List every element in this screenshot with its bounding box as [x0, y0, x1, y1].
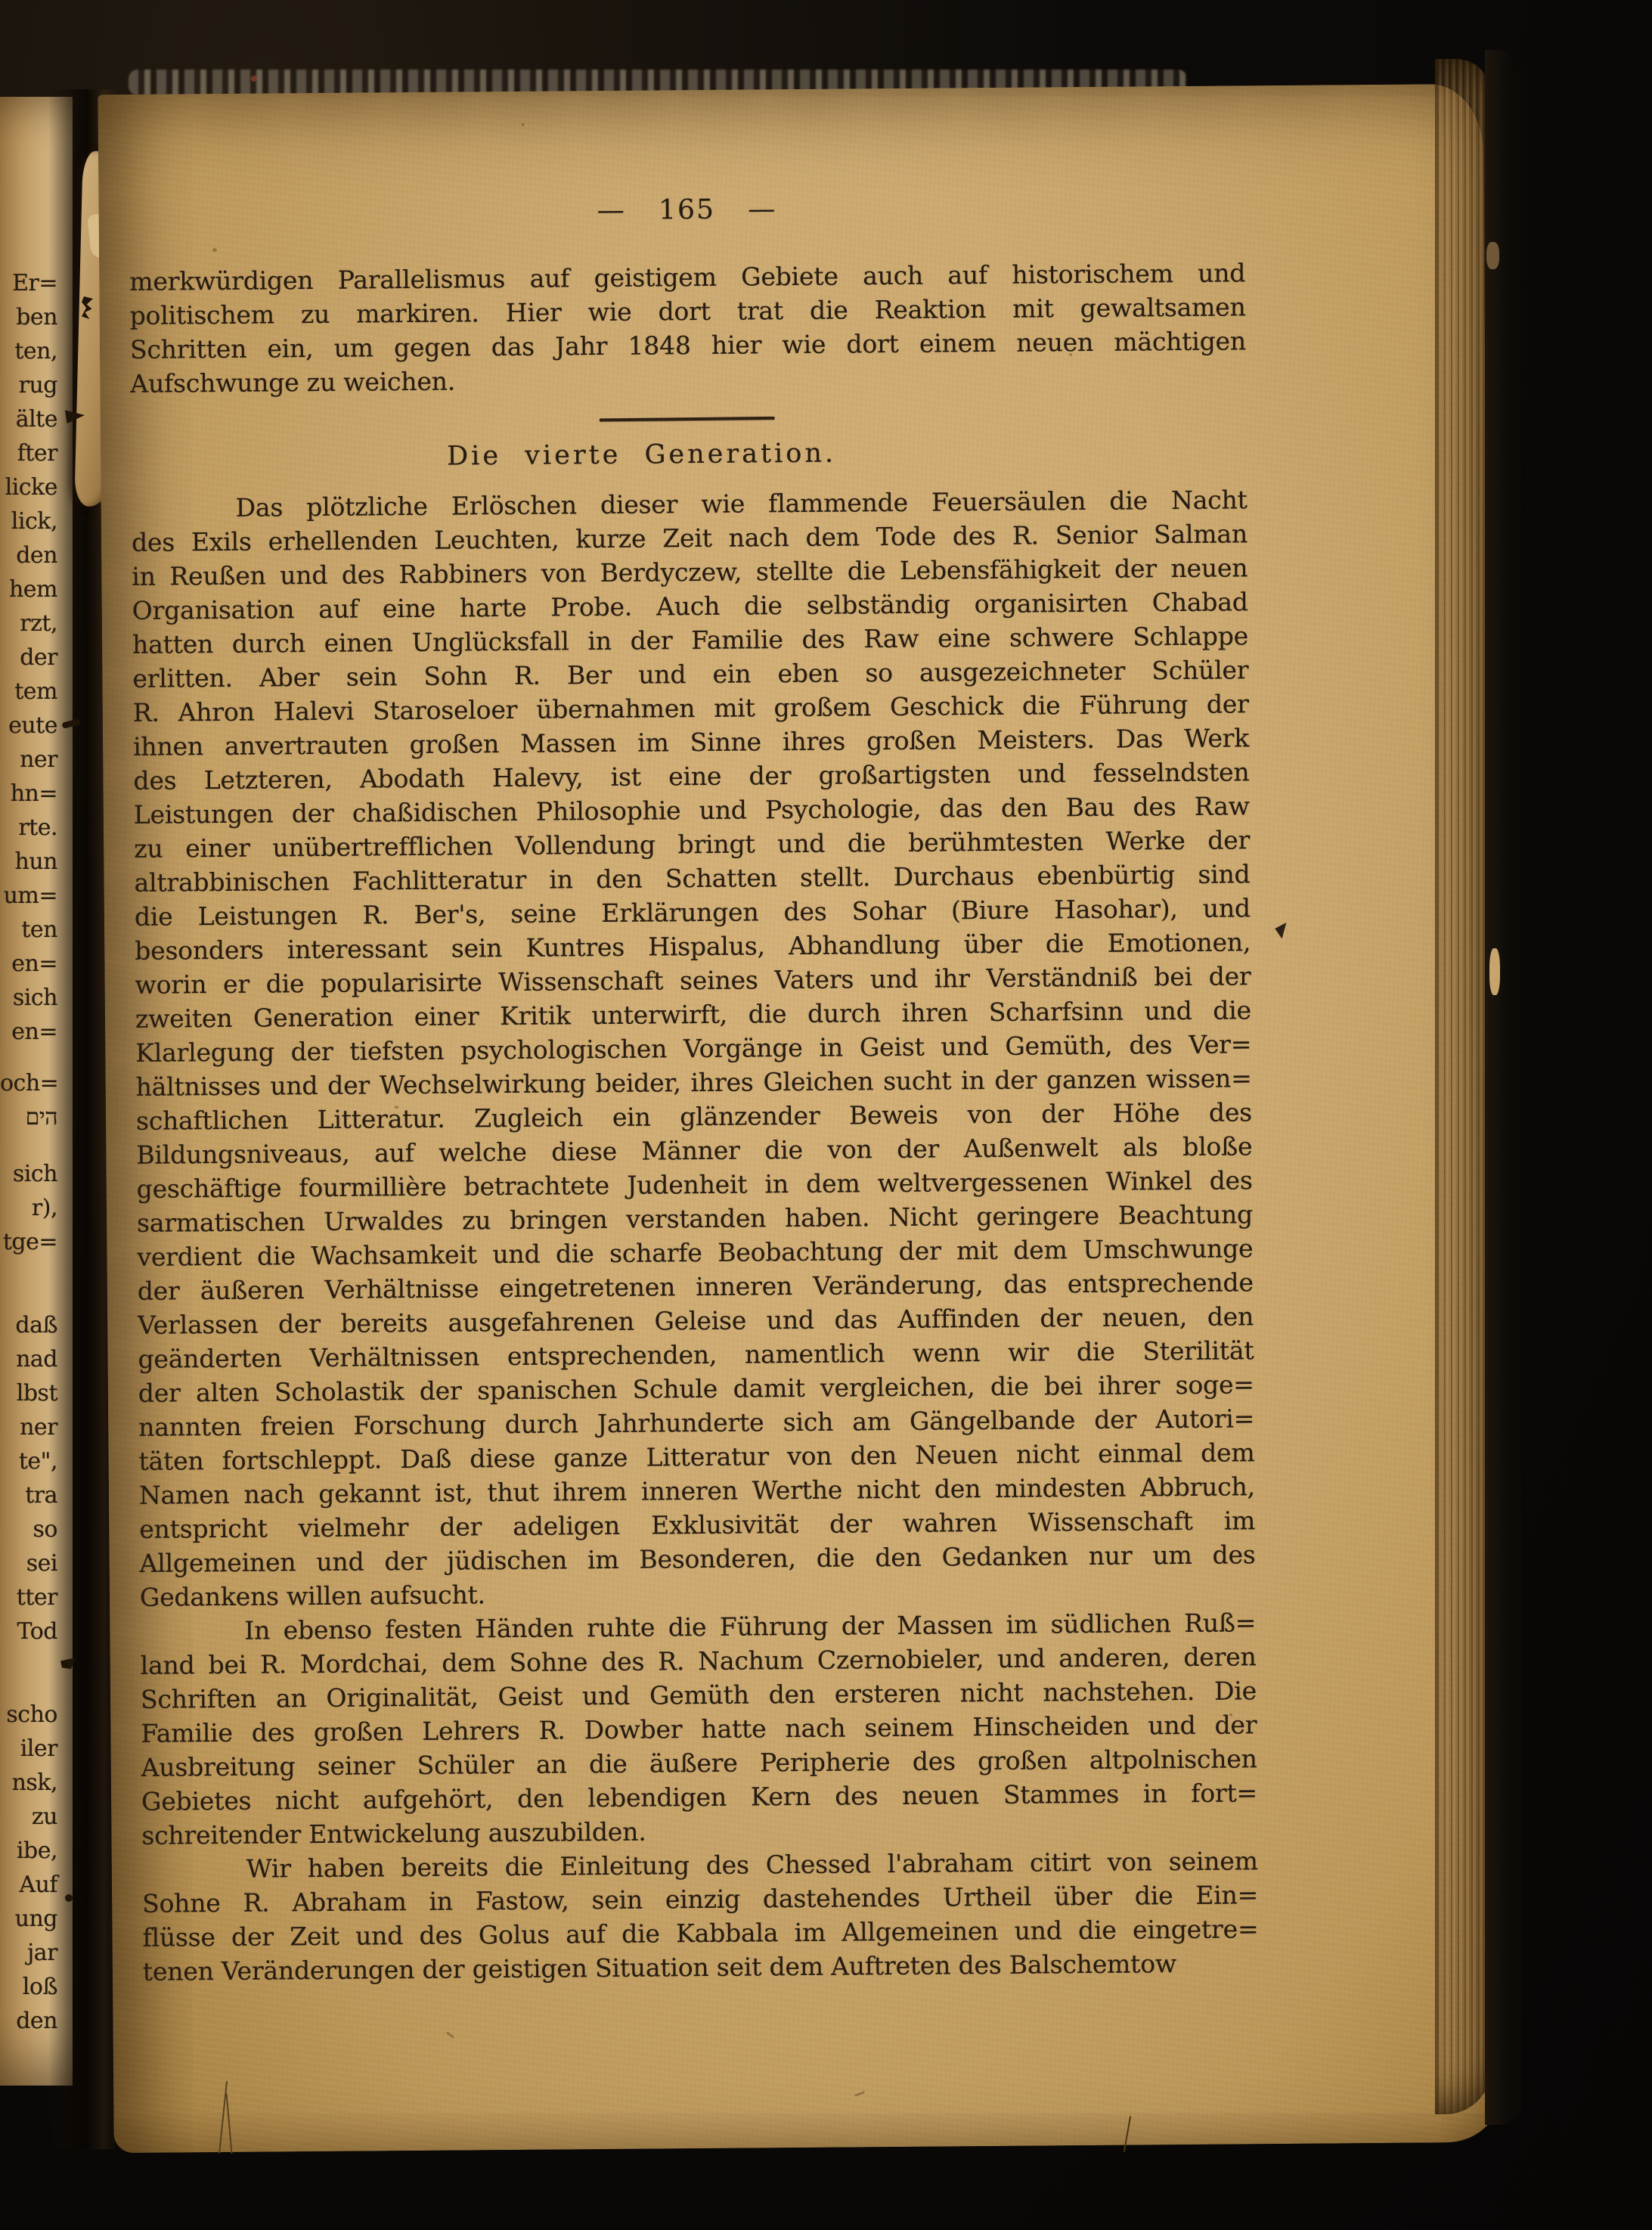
- page-number: — 165 —: [129, 190, 1244, 230]
- paper-speck: [984, 1251, 987, 1254]
- cover-chip: [1486, 242, 1499, 269]
- heading-gap: [131, 392, 1248, 492]
- ink-smudge: [65, 1894, 73, 1902]
- scanned-book-photo: Er=benten,rugältefterlickelick,denhemrzt…: [0, 0, 1652, 2230]
- paper-fiber: [446, 2031, 454, 2039]
- paper-speck: [680, 666, 683, 669]
- book-page: — 165 — Die vierte Generation. merkwürdi…: [98, 84, 1499, 2153]
- book-cover-edge: [1485, 50, 1521, 2125]
- paper-speck: [1229, 1714, 1232, 1717]
- headband-fleck: [251, 76, 257, 82]
- paper-speck: [522, 123, 525, 126]
- cover-chip: [1489, 948, 1500, 995]
- paper-speck: [1069, 353, 1072, 356]
- ink-mark: [1274, 921, 1287, 939]
- paper-fiber: [854, 2091, 865, 2097]
- paper-speck: [581, 1862, 584, 1865]
- page-stack-edge: [1435, 59, 1491, 2114]
- paper-speck: [212, 248, 217, 252]
- paper-speck: [395, 1106, 398, 1109]
- body-text: merkwürdigen Parallelismus auf geistigem…: [129, 256, 1259, 1989]
